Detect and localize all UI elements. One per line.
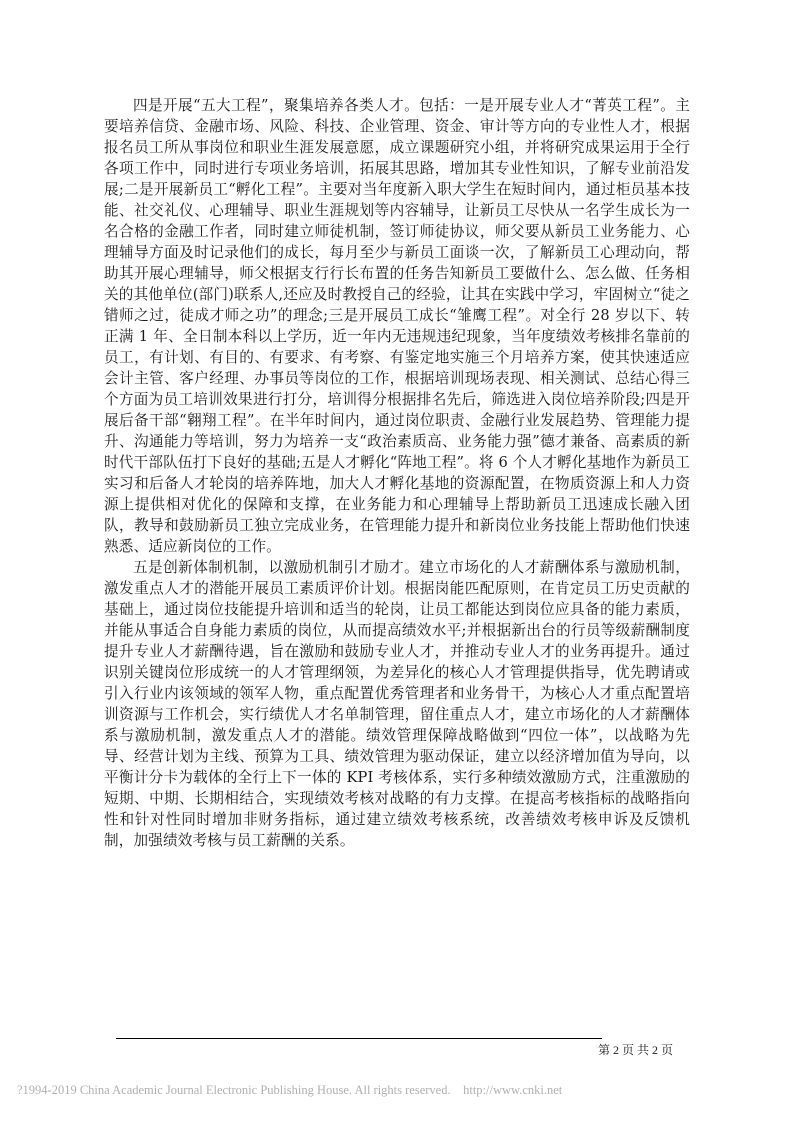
- page-number: 第 2 页 共 2 页: [598, 1041, 673, 1058]
- paragraph-five-projects: 四是开展“五大工程”，聚集培养各类人才。包括：一是开展专业人才“菁英工程”。主要…: [104, 95, 690, 557]
- copyright-notice: ?1994-2019 China Academic Journal Electr…: [17, 1083, 562, 1098]
- footer-divider: [116, 1038, 602, 1039]
- paragraph-incentive-mechanism: 五是创新体制机制，以激励机制引才励才。建立市场化的人才薪酬体系与激励机制，激发重…: [104, 557, 690, 851]
- document-body: 四是开展“五大工程”，聚集培养各类人才。包括：一是开展专业人才“菁英工程”。主要…: [104, 95, 690, 851]
